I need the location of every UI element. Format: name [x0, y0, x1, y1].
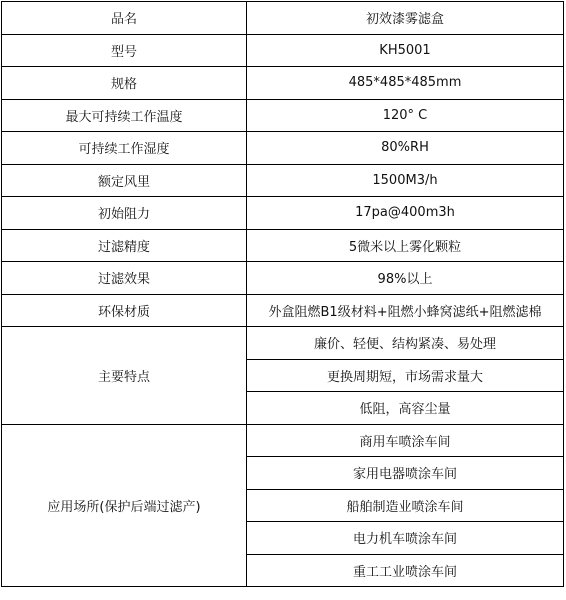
spec-table-container: 品名 初效漆雾滤盒 型号 KH5001 规格 485*485*485mm 最大可… — [1, 1, 564, 587]
label-cell: 最大可持续工作温度 — [2, 99, 247, 132]
application-value-cell: 家用电器喷涂车间 — [247, 457, 564, 490]
table-row-model: 型号 KH5001 — [2, 34, 564, 67]
applications-label-cell: 应用场所(保护后端过滤产) — [2, 424, 247, 587]
value-cell: 1500M3/h — [247, 164, 564, 197]
label-cell: 环保材质 — [2, 294, 247, 327]
product-spec-table: 品名 初效漆雾滤盒 型号 KH5001 规格 485*485*485mm 最大可… — [1, 1, 564, 587]
label-cell: 品名 — [2, 2, 247, 35]
label-cell: 型号 — [2, 34, 247, 67]
value-cell: 5微米以上雾化颗粒 — [247, 229, 564, 262]
table-row-humidity: 可持续工作湿度 80%RH — [2, 132, 564, 165]
label-cell: 规格 — [2, 67, 247, 100]
value-cell: 485*485*485mm — [247, 67, 564, 100]
table-row-filter-precision: 过滤精度 5微米以上雾化颗粒 — [2, 229, 564, 262]
label-cell: 过滤精度 — [2, 229, 247, 262]
label-cell: 可持续工作湿度 — [2, 132, 247, 165]
value-cell: 外盒阻燃B1级材料+阻燃小蜂窝滤纸+阻燃滤棉 — [247, 294, 564, 327]
application-value-cell: 重工工业喷涂车间 — [247, 554, 564, 587]
table-row-filter-efficiency: 过滤效果 98%以上 — [2, 262, 564, 295]
table-row-material: 环保材质 外盒阻燃B1级材料+阻燃小蜂窝滤纸+阻燃滤棉 — [2, 294, 564, 327]
value-cell: 初效漆雾滤盒 — [247, 2, 564, 35]
table-row-initial-resistance: 初始阻力 17pa@400m3h — [2, 197, 564, 230]
value-cell: 98%以上 — [247, 262, 564, 295]
table-row-features: 主要特点 廉价、轻便、结构紧凑、易处理 — [2, 327, 564, 360]
table-row-product-name: 品名 初效漆雾滤盒 — [2, 2, 564, 35]
table-row-rated-airflow: 额定风里 1500M3/h — [2, 164, 564, 197]
table-row-dimensions: 规格 485*485*485mm — [2, 67, 564, 100]
label-cell: 额定风里 — [2, 164, 247, 197]
value-cell: 120° C — [247, 99, 564, 132]
value-cell: KH5001 — [247, 34, 564, 67]
feature-value-cell: 廉价、轻便、结构紧凑、易处理 — [247, 327, 564, 360]
feature-value-cell: 低阻，高容尘量 — [247, 392, 564, 425]
application-value-cell: 电力机车喷涂车间 — [247, 522, 564, 555]
value-cell: 17pa@400m3h — [247, 197, 564, 230]
label-cell: 初始阻力 — [2, 197, 247, 230]
application-value-cell: 商用车喷涂车间 — [247, 424, 564, 457]
table-row-max-temperature: 最大可持续工作温度 120° C — [2, 99, 564, 132]
value-cell: 80%RH — [247, 132, 564, 165]
feature-value-cell: 更换周期短，市场需求量大 — [247, 359, 564, 392]
label-cell: 过滤效果 — [2, 262, 247, 295]
table-row-applications: 应用场所(保护后端过滤产) 商用车喷涂车间 — [2, 424, 564, 457]
features-label-cell: 主要特点 — [2, 327, 247, 425]
application-value-cell: 船舶制造业喷涂车间 — [247, 489, 564, 522]
